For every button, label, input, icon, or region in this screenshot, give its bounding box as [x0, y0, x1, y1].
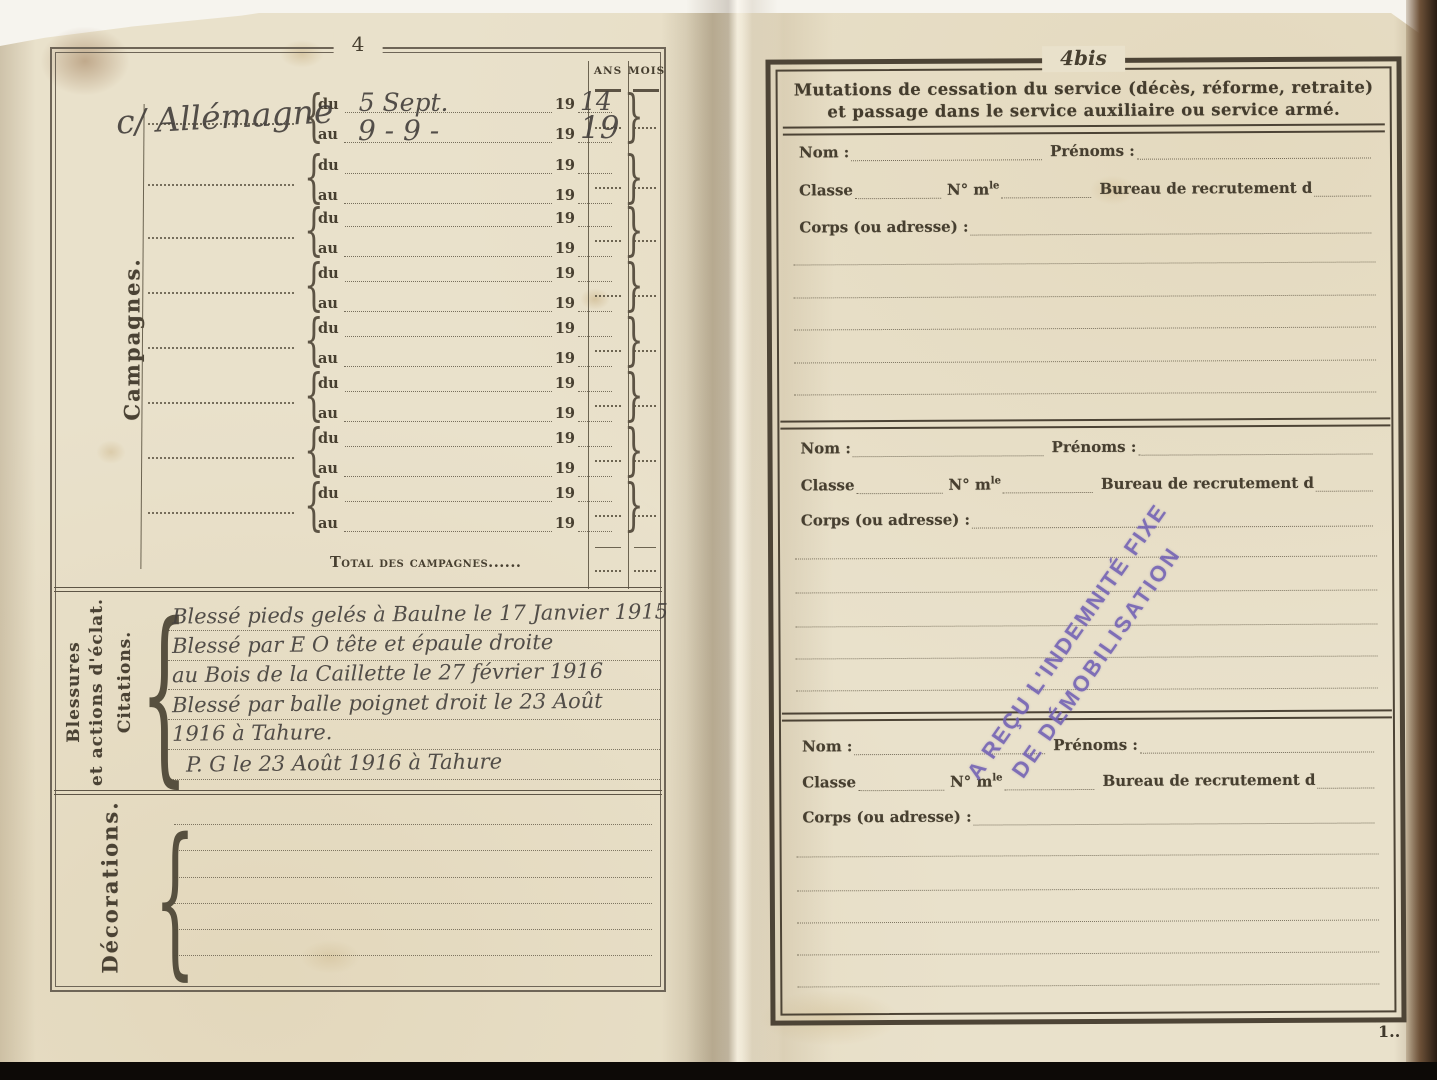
decorations-line: [174, 955, 652, 956]
dotted-fill: [578, 298, 612, 312]
dotted-fill: [970, 217, 1371, 236]
mutations-title-line1: Mutations de cessation du service (décès…: [771, 76, 1397, 101]
handwritten-blessure-entry: au Bois de la Caillette le 27 février 19…: [172, 659, 603, 688]
blank-line: [794, 391, 1376, 395]
year-prefix: 19: [555, 350, 575, 367]
dotted-fill: [853, 439, 1044, 457]
matricule-label: N° mle: [942, 475, 1003, 493]
campaign-dates: du19 au19: [318, 429, 612, 477]
ans-total-mark: [595, 570, 621, 572]
brace-close: }: [624, 423, 644, 479]
du-line: du19: [318, 429, 612, 447]
dotted-fill: 5 Sept.: [345, 99, 552, 113]
ans-total-rule: [595, 547, 621, 548]
decorations-line: [174, 824, 652, 825]
dotted-fill: [1317, 771, 1374, 788]
dotted-fill: [1314, 180, 1371, 197]
decorations-label: Décorations.: [98, 800, 123, 973]
handwritten-au-year: 19: [580, 110, 619, 146]
brace-close: }: [624, 368, 644, 424]
dotted-fill: [578, 323, 612, 337]
du-line: du19: [318, 319, 612, 337]
du-label: du: [318, 430, 345, 447]
booklet-right-edge: [1406, 0, 1437, 1062]
blank-line: [794, 326, 1376, 330]
nom-label: Nom :: [799, 143, 851, 161]
corps-label: Corps (ou adresse) :: [799, 218, 970, 237]
du-label: du: [318, 375, 345, 392]
campaign-name-line: [148, 237, 294, 239]
classe-row: Classe N° mle Bureau de recrutement d: [802, 771, 1374, 791]
decorations-line: [174, 903, 652, 904]
campaign-dates: du19 au19: [318, 484, 612, 532]
block-divider: [780, 417, 1390, 429]
campaign-dates: du 5 Sept. 19 14 au 9 - 9 - 19 19: [318, 95, 612, 143]
handwritten-au-entry: 9 - 9 -: [358, 114, 439, 147]
corps-label: Corps (ou adresse) :: [801, 511, 972, 530]
classe-row: Classe N° mle Bureau de recrutement d: [799, 180, 1371, 200]
blank-line: [794, 359, 1376, 363]
classe-label: Classe: [801, 476, 857, 494]
mutations-title-line2: et passage dans le service auxiliaire ou…: [771, 98, 1397, 123]
dotted-fill: [1316, 474, 1373, 491]
campaign-row: { du19 au19 }: [148, 372, 648, 432]
au-line: au19: [318, 349, 612, 367]
brace-close: }: [624, 313, 644, 369]
matricule-base: N° m: [948, 475, 990, 493]
handwritten-blessure-entry: P. G le 23 Août 1916 à Tahure: [186, 749, 502, 776]
dotted-fill: [578, 190, 612, 204]
blank-line: [797, 887, 1379, 891]
dotted-fill: [851, 143, 1042, 161]
campaign-name-line: [148, 512, 294, 514]
blank-line: [797, 853, 1379, 857]
classe-label: Classe: [799, 181, 855, 199]
dotted-fill: [856, 477, 942, 494]
au-line: au19: [318, 514, 612, 532]
ans-column-header: ANS: [588, 65, 628, 77]
au-line: au19: [318, 459, 612, 477]
year-prefix: 19: [555, 157, 575, 174]
dotted-fill: 9 - 9 -: [344, 129, 552, 143]
au-line: au19: [318, 186, 612, 204]
campaign-row: { du19 au19 }: [148, 207, 648, 267]
year-prefix: 19: [555, 210, 575, 227]
dotted-fill: [1138, 437, 1372, 455]
campaign-row: { du19 au19 }: [148, 262, 648, 322]
page-right: 4bis Mutations de cessation du service (…: [765, 56, 1406, 1025]
dotted-fill: [1001, 181, 1091, 198]
au-line: au19: [318, 404, 612, 422]
campaign-name-line: [148, 457, 294, 459]
dotted-fill: 19: [578, 129, 612, 143]
blank-line: [797, 919, 1379, 923]
dotted-fill: [345, 268, 552, 282]
du-line: du19: [318, 374, 612, 392]
year-prefix: 19: [555, 295, 575, 312]
prenoms-label: Prénoms :: [1044, 438, 1139, 456]
dotted-fill: [578, 213, 612, 227]
campaign-dates: du19 au19: [318, 209, 612, 257]
matricule-base: N° m: [947, 181, 989, 199]
campaign-dates: du19 au19: [318, 156, 612, 204]
blank-line: [795, 555, 1377, 559]
binding-gutter: [686, 0, 778, 1062]
page-left: 4 Campagnes. ANS MOIS c/ Allémagne { du …: [50, 47, 666, 992]
dotted-fill: [344, 518, 552, 532]
dotted-fill: [578, 353, 612, 367]
dotted-fill: [345, 433, 552, 447]
dotted-fill: [345, 323, 552, 337]
citations-label: Citations.: [115, 631, 135, 733]
dotted-fill: [578, 488, 612, 502]
brace-close: }: [624, 89, 644, 145]
year-prefix: 19: [555, 265, 575, 282]
mois-column-header: MOIS: [628, 65, 664, 77]
decorations-line: [174, 877, 652, 878]
signature-mark: 1..: [1378, 1022, 1400, 1041]
dotted-fill: [578, 160, 612, 174]
brace-close: }: [624, 258, 644, 314]
bureau-label: Bureau de recrutement d: [1094, 771, 1317, 790]
year-prefix: 19: [555, 240, 575, 257]
dotted-fill: [344, 243, 552, 257]
dotted-fill: [1137, 142, 1371, 160]
dotted-fill: [345, 213, 552, 227]
dotted-fill: [855, 182, 941, 199]
dotted-fill: [344, 463, 552, 477]
dotted-fill: [578, 378, 612, 392]
blank-line: [797, 983, 1379, 987]
campaign-row: { du19 au19 }: [148, 317, 648, 377]
corps-label: Corps (ou adresse) :: [802, 808, 973, 827]
dotted-fill: [1140, 735, 1374, 753]
du-line: du 5 Sept. 19 14: [318, 95, 612, 113]
campaign-name-line: [148, 347, 294, 349]
year-prefix: 19: [555, 485, 575, 502]
du-label: du: [318, 210, 345, 227]
page-right-inner-border: [776, 66, 1397, 1015]
decorations-line: [174, 850, 652, 851]
du-label: du: [318, 485, 345, 502]
du-label: du: [318, 157, 345, 174]
mois-total-mark: [634, 570, 656, 572]
year-prefix: 19: [555, 405, 575, 422]
dotted-fill: [578, 463, 612, 477]
corps-row: Corps (ou adresse) :: [801, 509, 1373, 529]
du-label: du: [318, 320, 345, 337]
dotted-fill: [578, 243, 612, 257]
decorations-brace: {: [154, 817, 196, 982]
year-prefix: 19: [555, 320, 575, 337]
dotted-fill: [578, 408, 612, 422]
au-line: au19: [318, 239, 612, 257]
campaign-dates: du19 au19: [318, 264, 612, 312]
block-divider: [782, 709, 1392, 721]
matricule-sup: le: [991, 475, 1001, 486]
dotted-fill: [344, 190, 552, 204]
dotted-fill: [345, 378, 552, 392]
blank-line: [794, 261, 1376, 265]
mutations-title: Mutations de cessation du service (décès…: [771, 76, 1397, 123]
campaign-name-line: [148, 184, 294, 186]
du-line: du19: [318, 209, 612, 227]
dotted-fill: [345, 488, 552, 502]
year-prefix: 19: [555, 375, 575, 392]
dotted-fill: [344, 298, 552, 312]
classe-row: Classe N° mle Bureau de recrutement d: [801, 474, 1373, 494]
au-label: au: [318, 515, 344, 532]
handwritten-blessure-entry: Blessé par balle poignet droit le 23 Aoû…: [172, 689, 603, 718]
nom-label: Nom :: [800, 439, 852, 457]
nom-prenoms-row: Nom : Prénoms :: [799, 142, 1371, 162]
section-divider: [54, 790, 662, 795]
handwritten-blessure-entry: Blessé par E O tête et épaule droite: [172, 630, 553, 658]
handwritten-du-entry: 5 Sept.: [359, 88, 449, 117]
campaign-name-line: [148, 292, 294, 294]
year-prefix: 19: [555, 96, 575, 113]
handwritten-blessure-entry: 1916 à Tahure.: [172, 720, 333, 746]
dotted-fill: [344, 353, 552, 367]
campaign-dates: du19 au19: [318, 374, 612, 422]
du-line: du19: [318, 156, 612, 174]
decorations-line: [174, 929, 652, 930]
page-number-left: 4: [334, 32, 383, 58]
dotted-fill: [578, 518, 612, 532]
title-divider: [783, 123, 1385, 135]
nom-label: Nom :: [802, 737, 854, 755]
prenoms-label: Prénoms :: [1042, 142, 1137, 160]
blank-line: [797, 951, 1379, 955]
year-prefix: 19: [555, 430, 575, 447]
year-prefix: 19: [555, 187, 575, 204]
campaign-name-line: [148, 402, 294, 404]
blank-line: [794, 294, 1376, 298]
matricule-sup: le: [989, 180, 999, 191]
corps-row: Corps (ou adresse) :: [799, 217, 1371, 237]
du-line: du19: [318, 264, 612, 282]
campaign-row: { du19 au19 }: [148, 427, 648, 487]
bureau-label: Bureau de recrutement d: [1091, 179, 1314, 198]
campaign-dates: du19 au19: [318, 319, 612, 367]
blessures-line: [168, 719, 660, 720]
campaign-row: { du19 au19 }: [148, 154, 648, 214]
bureau-label: Bureau de recrutement d: [1093, 474, 1316, 493]
dotted-fill: [578, 433, 612, 447]
dotted-fill: [578, 268, 612, 282]
year-prefix: 19: [555, 460, 575, 477]
blessures-label-line1: Blessures: [64, 641, 84, 743]
mois-total-rule: [634, 547, 656, 548]
matricule-label: N° mle: [941, 180, 1002, 198]
campaign-row: { du19 au19 }: [148, 482, 648, 542]
dotted-fill: [974, 806, 1375, 825]
dotted-fill: [345, 160, 552, 174]
nom-prenoms-row: Nom : Prénoms :: [802, 735, 1374, 755]
brace-close: }: [624, 478, 644, 534]
dotted-fill: [858, 774, 944, 791]
au-line: au19: [318, 294, 612, 312]
handwritten-blessure-entry: Blessé pieds gelés à Baulne le 17 Janvie…: [172, 599, 668, 628]
blessures-line: [168, 779, 660, 780]
page-number-right: 4bis: [1042, 46, 1125, 72]
dotted-fill: [344, 408, 552, 422]
classe-label: Classe: [802, 773, 858, 791]
brace-close: }: [624, 203, 644, 259]
total-campagnes-label: Total des campagnes......: [330, 554, 521, 571]
year-prefix: 19: [555, 515, 575, 532]
corps-row: Corps (ou adresse) :: [802, 806, 1374, 826]
du-label: du: [318, 265, 345, 282]
au-line: au 9 - 9 - 19 19: [318, 125, 612, 143]
prenoms-label: Prénoms :: [1045, 736, 1140, 754]
nom-prenoms-row: Nom : Prénoms :: [800, 437, 1372, 457]
dotted-fill: [1003, 476, 1093, 493]
du-line: du19: [318, 484, 612, 502]
year-prefix: 19: [555, 126, 575, 143]
blessures-label-line2: et actions d'éclat.: [87, 598, 107, 786]
